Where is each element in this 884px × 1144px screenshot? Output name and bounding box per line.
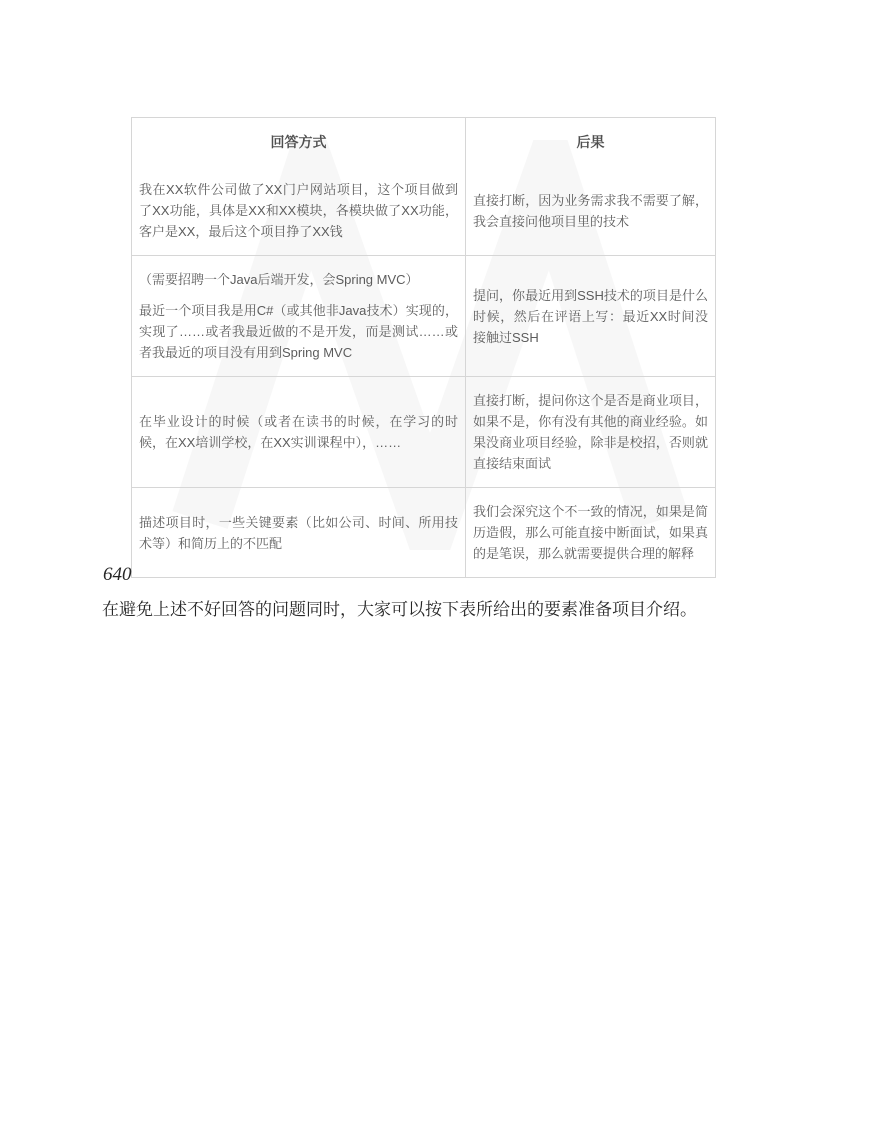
table-cell-consequence: 我们会深究这个不一致的情况，如果是简历造假，那么可能直接中断面试，如果真的是笔误… [466,488,715,577]
answer-paragraph: 我在XX软件公司做了XX门户网站项目，这个项目做到了XX功能，具体是XX和XX模… [139,179,458,242]
table-row: 描述项目时，一些关键要素（比如公司、时间、所用技术等）和简历上的不匹配我们会深究… [132,487,715,577]
table-row: 我在XX软件公司做了XX门户网站项目，这个项目做到了XX功能，具体是XX和XX模… [132,166,715,255]
table-header-consequence: 后果 [466,118,715,166]
table-cell-consequence: 直接打断，提问你这个是否是商业项目，如果不是，你有没有其他的商业经验。如果没商业… [466,377,715,487]
qa-table: 回答方式 后果 我在XX软件公司做了XX门户网站项目，这个项目做到了XX功能，具… [131,117,716,578]
closing-paragraph: 在避免上述不好回答的问题同时，大家可以按下表所给出的要素准备项目介绍。 [102,597,742,623]
answer-paragraph: 最近一个项目我是用C#（或其他非Java技术）实现的，实现了……或者我最近做的不… [139,300,458,363]
table-cell-answer: 我在XX软件公司做了XX门户网站项目，这个项目做到了XX功能，具体是XX和XX模… [132,166,466,255]
consequence-paragraph: 直接打断，提问你这个是否是商业项目，如果不是，你有没有其他的商业经验。如果没商业… [473,390,708,474]
table-cell-consequence: 提问，你最近用到SSH技术的项目是什么时候，然后在评语上写：最近XX时间没接触过… [466,256,715,376]
table-cell-answer: 在毕业设计的时候（或者在读书的时候，在学习的时候，在XX培训学校，在XX实训课程… [132,377,466,487]
table-cell-consequence: 直接打断，因为业务需求我不需要了解，我会直接问他项目里的技术 [466,166,715,255]
table-row: （需要招聘一个Java后端开发，会Spring MVC）最近一个项目我是用C#（… [132,255,715,376]
table-cell-answer: （需要招聘一个Java后端开发，会Spring MVC）最近一个项目我是用C#（… [132,256,466,376]
table-header-answer-label: 回答方式 [139,132,458,153]
table-row: 在毕业设计的时候（或者在读书的时候，在学习的时候，在XX培训学校，在XX实训课程… [132,376,715,487]
answer-paragraph: 在毕业设计的时候（或者在读书的时候，在学习的时候，在XX培训学校，在XX实训课程… [139,411,458,453]
answer-paragraph: （需要招聘一个Java后端开发，会Spring MVC） [139,269,458,290]
answer-paragraph: 描述项目时，一些关键要素（比如公司、时间、所用技术等）和简历上的不匹配 [139,512,458,554]
table-header-row: 回答方式 后果 [132,118,715,166]
page-number: 640 [103,564,132,586]
consequence-paragraph: 提问，你最近用到SSH技术的项目是什么时候，然后在评语上写：最近XX时间没接触过… [473,285,708,348]
table-cell-answer: 描述项目时，一些关键要素（比如公司、时间、所用技术等）和简历上的不匹配 [132,488,466,577]
consequence-paragraph: 直接打断，因为业务需求我不需要了解，我会直接问他项目里的技术 [473,190,708,232]
consequence-paragraph: 我们会深究这个不一致的情况，如果是简历造假，那么可能直接中断面试，如果真的是笔误… [473,501,708,564]
table-header-consequence-label: 后果 [473,132,708,153]
table-header-answer: 回答方式 [132,118,466,166]
